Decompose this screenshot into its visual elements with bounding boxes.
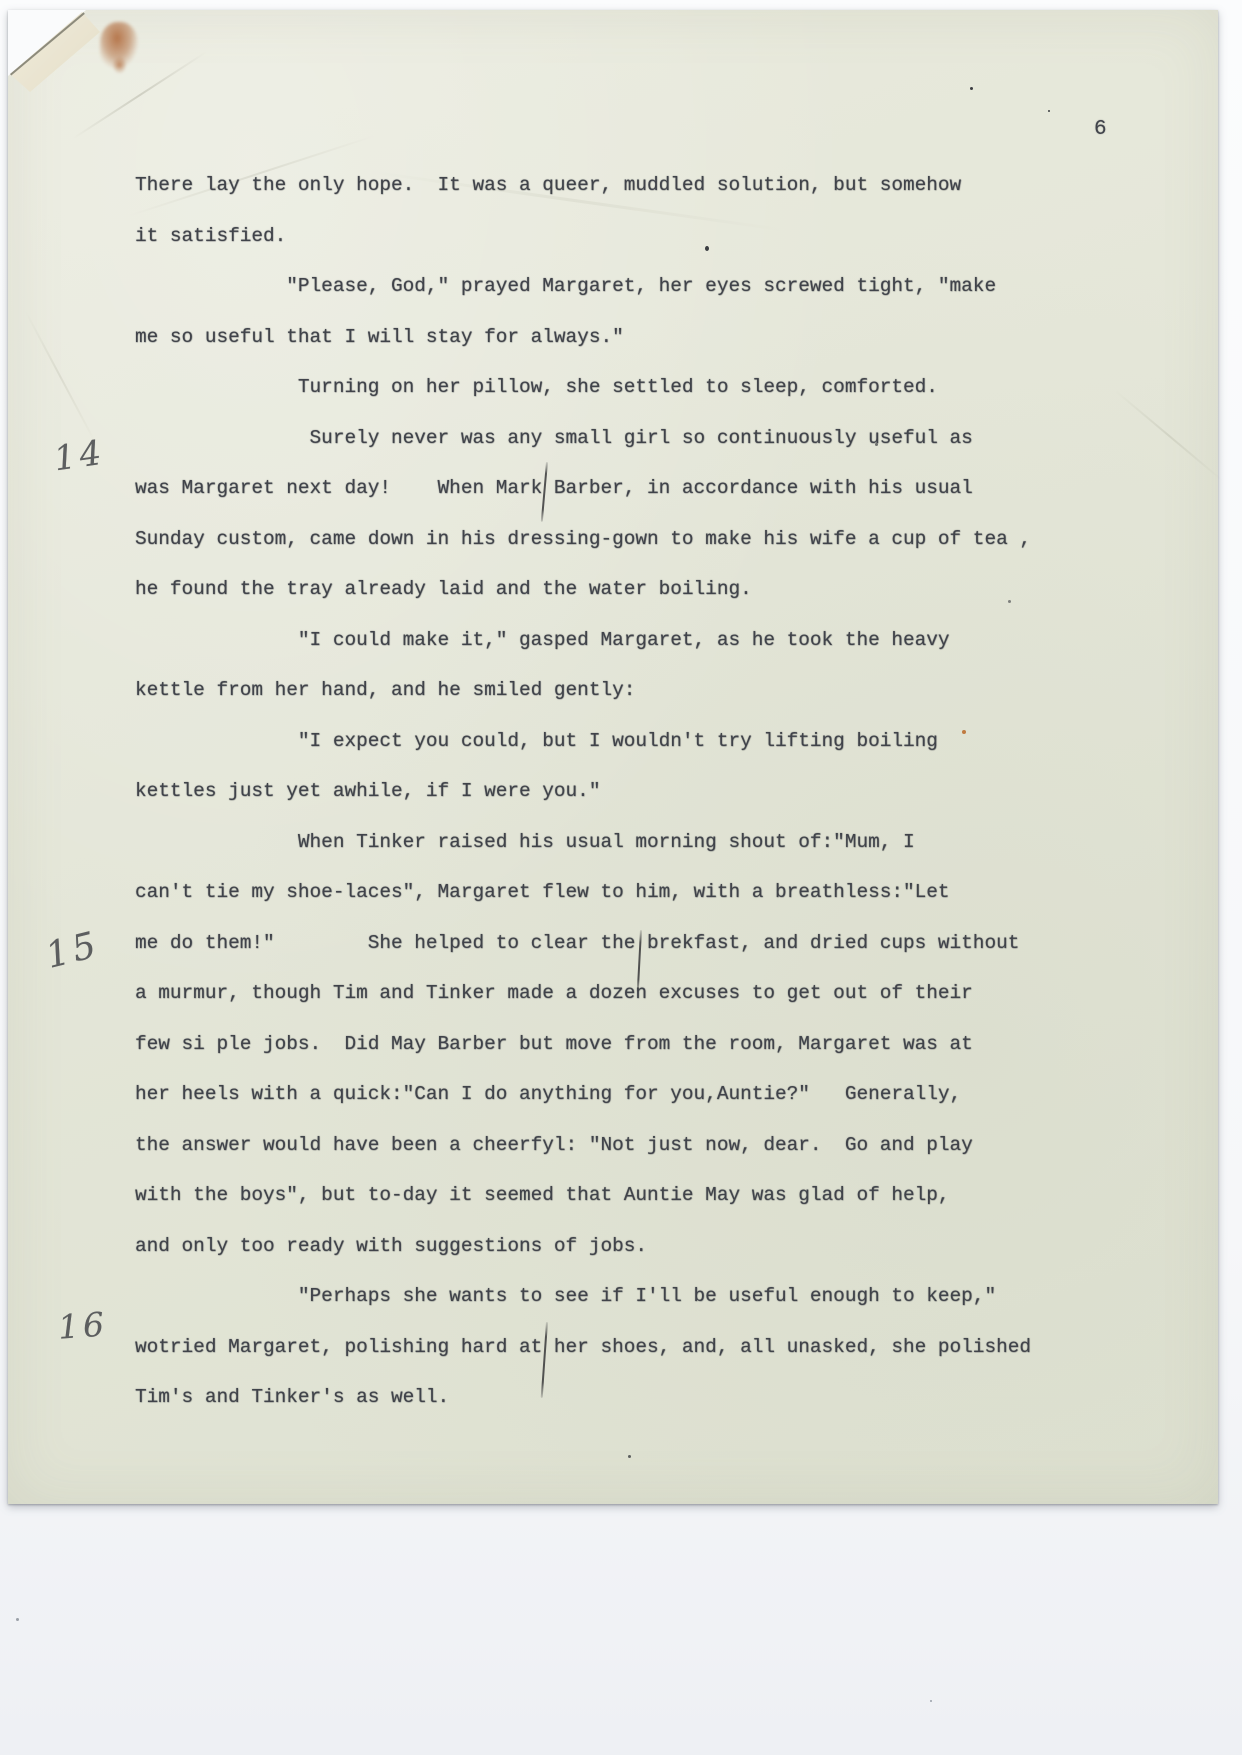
typed-line: kettle from her hand, and he smiled gent… xyxy=(135,665,1145,716)
paper-crease xyxy=(72,51,207,140)
ink-speck xyxy=(875,443,878,446)
ink-speck xyxy=(1048,110,1050,112)
manuscript-page: 6 There lay the only hope. It was a quee… xyxy=(8,10,1218,1504)
typed-line: kettles just yet awhile, if I were you." xyxy=(135,766,1145,817)
ink-speck xyxy=(970,87,973,90)
typed-line: "I could make it," gasped Margaret, as h… xyxy=(135,615,1145,666)
typed-line: There lay the only hope. It was a queer,… xyxy=(135,160,1145,211)
scanner-dust-speck xyxy=(16,1618,19,1621)
typed-line: Turning on her pillow, she settled to sl… xyxy=(135,362,1145,413)
typed-line: her heels with a quick:"Can I do anythin… xyxy=(135,1069,1145,1120)
typed-line: Surely never was any small girl so conti… xyxy=(135,413,1145,464)
typed-line: Sunday custom, came down in his dressing… xyxy=(135,514,1145,565)
ink-speck xyxy=(1008,600,1011,603)
margin-annotation: 15 xyxy=(42,924,104,977)
margin-annotation: 14 xyxy=(51,433,107,480)
page-number: 6 xyxy=(1094,118,1107,141)
typed-line: can't tie my shoe-laces", Margaret flew … xyxy=(135,867,1145,918)
ink-speck xyxy=(628,1455,631,1458)
margin-annotation: 16 xyxy=(57,1304,110,1346)
rust-speck xyxy=(962,730,966,734)
scanner-dust-speck xyxy=(930,1700,932,1702)
typed-line: he found the tray already laid and the w… xyxy=(135,564,1145,615)
typed-line: it satisfied. xyxy=(135,211,1145,262)
typed-line: wotried Margaret, polishing hard at her … xyxy=(135,1322,1145,1373)
typed-line: and only too ready with suggestions of j… xyxy=(135,1221,1145,1272)
scanner-background: 6 There lay the only hope. It was a quee… xyxy=(0,0,1242,1755)
typed-line: with the boys", but to-day it seemed tha… xyxy=(135,1170,1145,1221)
typed-line: Tim's and Tinker's as well. xyxy=(135,1372,1145,1423)
typed-line: a murmur, though Tim and Tinker made a d… xyxy=(135,968,1145,1019)
typed-line: was Margaret next day! When Mark Barber,… xyxy=(135,463,1145,514)
ink-speck xyxy=(705,246,709,251)
typed-line: "Perhaps she wants to see if I'll be use… xyxy=(135,1271,1145,1322)
rust-stain xyxy=(112,56,127,74)
paper-crease xyxy=(24,310,96,443)
typed-line: When Tinker raised his usual morning sho… xyxy=(135,817,1145,868)
typed-line: me so useful that I will stay for always… xyxy=(135,312,1145,363)
typed-line: few si ple jobs. Did May Barber but move… xyxy=(135,1019,1145,1070)
typed-line: the answer would have been a cheerfyl: "… xyxy=(135,1120,1145,1171)
typed-text-block: There lay the only hope. It was a queer,… xyxy=(135,160,1145,1423)
typed-line: "Please, God," prayed Margaret, her eyes… xyxy=(135,261,1145,312)
typed-line: "I expect you could, but I wouldn't try … xyxy=(135,716,1145,767)
